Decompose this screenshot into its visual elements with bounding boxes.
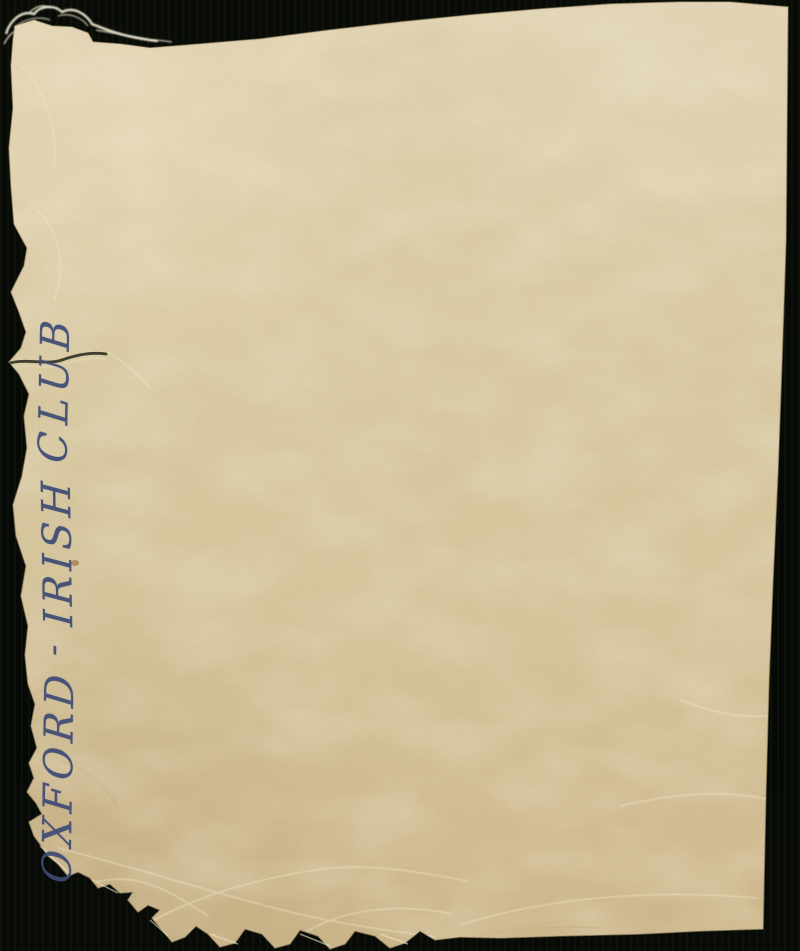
- photo-of-paper-back: OXFORD - IRISH CLUB: [0, 0, 800, 951]
- stain-dot: [71, 560, 79, 566]
- paper-artwork: [0, 0, 800, 951]
- paper-sheet: [0, 0, 800, 951]
- paper-texture: [0, 0, 800, 951]
